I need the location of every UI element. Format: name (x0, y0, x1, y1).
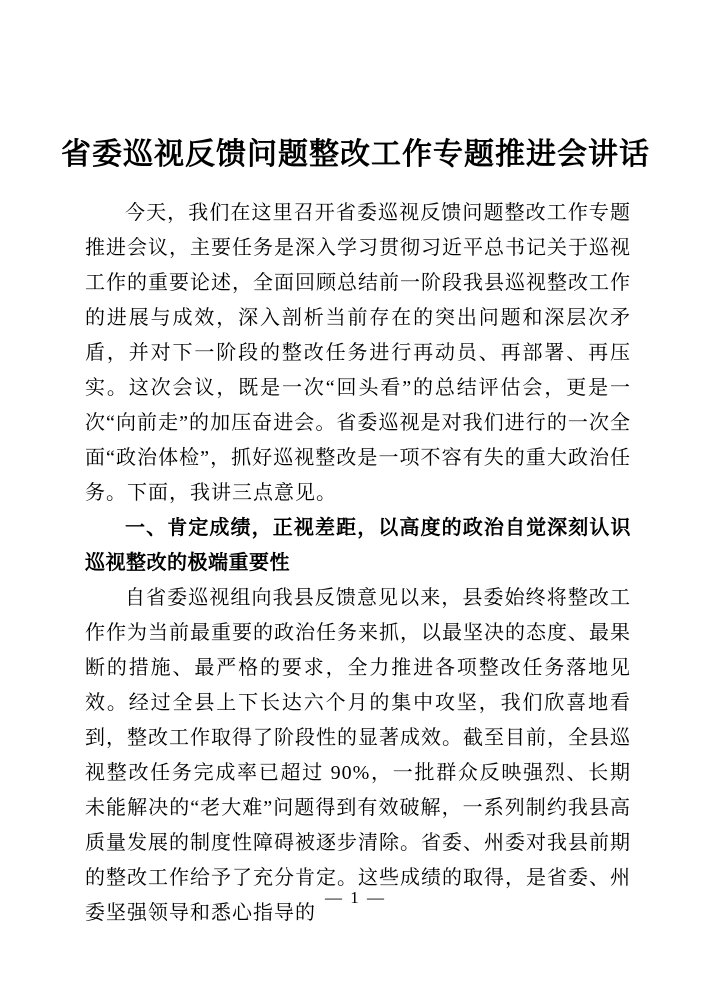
document-title: 省委巡视反馈问题整改工作专题推进会讲话 (0, 132, 711, 178)
section-heading-1: 一、肯定成绩，正视差距，以高度的政治自觉深刻认识巡视整改的极端重要性 (85, 511, 631, 581)
page-number: — 1 — (0, 888, 711, 908)
document-page: 省委巡视反馈问题整改工作专题推进会讲话 今天，我们在这里召开省委巡视反馈问题整改… (0, 0, 711, 1006)
paragraph-intro: 今天，我们在这里召开省委巡视反馈问题整改工作专题推进会议，主要任务是深入学习贯彻… (85, 196, 631, 511)
document-body: 今天，我们在这里召开省委巡视反馈问题整改工作专题推进会议，主要任务是深入学习贯彻… (85, 196, 631, 931)
paragraph-section-1-body: 自省委巡视组向我县反馈意见以来，县委始终将整改工作作为当前最重要的政治任务来抓，… (85, 581, 631, 931)
